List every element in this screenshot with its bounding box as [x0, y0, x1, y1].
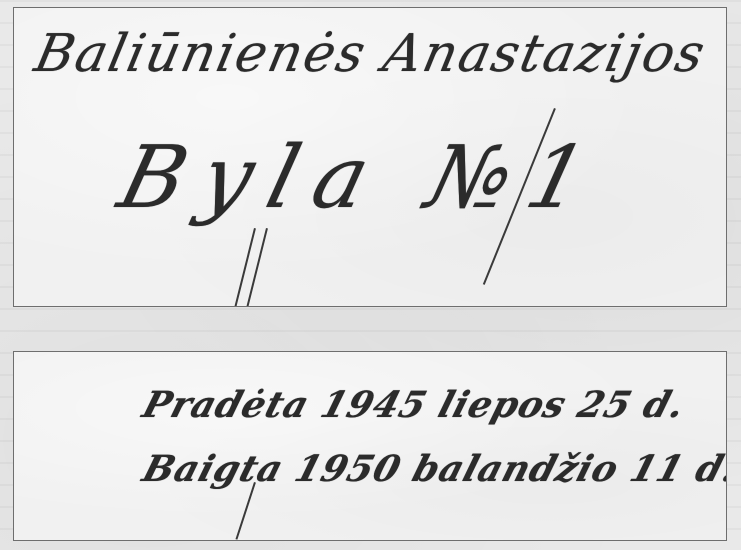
ink-descender-stroke	[245, 228, 268, 307]
case-title-label: Baliūnienės Anastazijos Byla №1	[13, 7, 727, 307]
case-dates-label: Pradėta 1945 liepos 25 d. Baigta 1950 ba…	[13, 351, 727, 541]
start-date-handwriting: Pradėta 1945 liepos 25 d.	[138, 384, 690, 426]
end-date-handwriting: Baigta 1950 balandžio 11 d.	[138, 448, 727, 490]
ink-descender-stroke	[235, 482, 255, 540]
owner-name-handwriting: Baliūnienės Anastazijos	[30, 24, 712, 84]
ink-descender-stroke	[233, 228, 256, 307]
